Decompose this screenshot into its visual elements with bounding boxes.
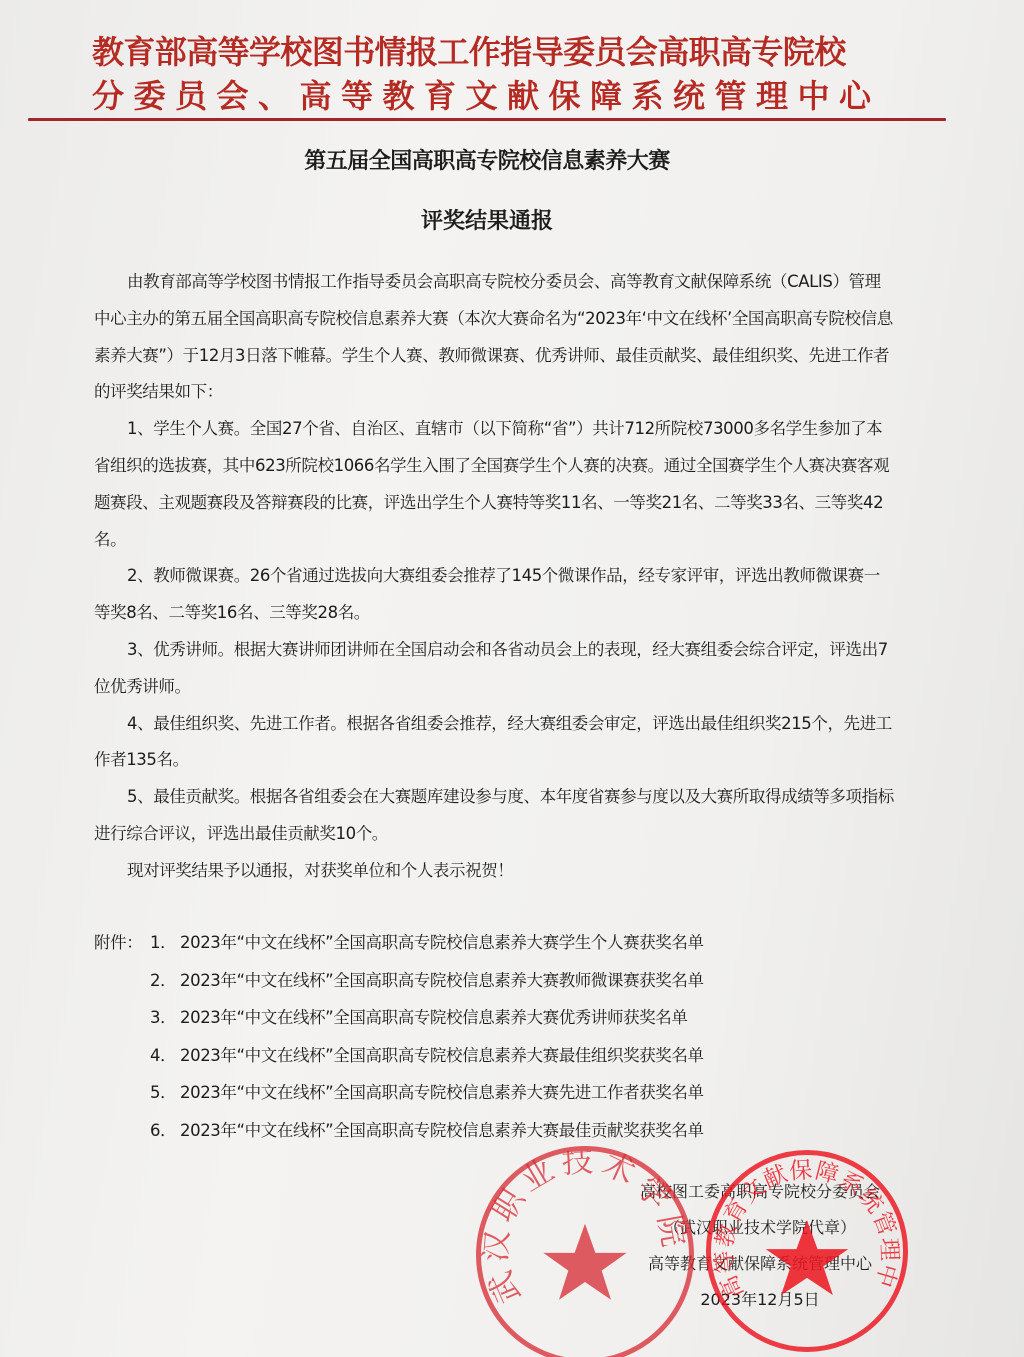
attachment-item: 附件： 1． 2023年“中文在线杯”全国高职高专院校信息素养大赛学生个人赛获奖… <box>94 924 854 962</box>
official-seal-icon: 武汉职业技术学院 <box>476 1146 694 1357</box>
paragraph-best-contribution: 5、最佳贡献奖。根据各省组委会在大赛题库建设参与度、本年度省赛参与度以及大赛所取… <box>94 779 894 853</box>
letterhead-line-1: 教育部高等学校图书情报工作指导委员会高职高专院校 <box>92 30 892 74</box>
letterhead: 教育部高等学校图书情报工作指导委员会高职高专院校 分委员会、高等教育文献保障系统… <box>92 30 892 118</box>
paragraph-teacher-microclass: 2、教师微课赛。26个省通过选拔向大赛组委会推荐了145个微课作品，经专家评审，… <box>94 558 894 632</box>
document-title: 第五届全国高职高专院校信息素养大赛 <box>0 144 974 175</box>
paragraph-excellent-lecturer: 3、优秀讲师。根据大赛讲师团讲师在全国启动会和各省动员会上的表现，经大赛组委会综… <box>94 632 894 706</box>
attachments-label: 附件： <box>94 924 150 962</box>
closing-paragraph: 现对评奖结果予以通报，对获奖单位和个人表示祝贺！ <box>94 853 894 890</box>
document-body: 由教育部高等学校图书情报工作指导委员会高职高专院校分委员会、高等教育文献保障系统… <box>94 264 894 890</box>
paragraph-best-organization: 4、最佳组织奖、先进工作者。根据各省组委会推荐，经大赛组委会审定，评选出最佳组织… <box>94 706 894 780</box>
letterhead-divider <box>28 118 946 121</box>
attachment-item: 5． 2023年“中文在线杯”全国高职高专院校信息素养大赛先进工作者获奖名单 <box>94 1074 854 1112</box>
official-seal-icon: 高等教育文献保障系统管理中心 <box>706 1150 908 1352</box>
seal-star-icon: 高等教育文献保障系统管理中心 <box>711 1155 903 1347</box>
seal-star-icon: 武汉职业技术学院 <box>481 1151 689 1357</box>
intro-paragraph: 由教育部高等学校图书情报工作指导委员会高职高专院校分委员会、高等教育文献保障系统… <box>94 264 894 411</box>
attachments-list: 附件： 1． 2023年“中文在线杯”全国高职高专院校信息素养大赛学生个人赛获奖… <box>94 924 854 1150</box>
attachment-item: 3． 2023年“中文在线杯”全国高职高专院校信息素养大赛优秀讲师获奖名单 <box>94 999 854 1037</box>
letterhead-line-2: 分委员会、高等教育文献保障系统管理中心 <box>92 74 892 118</box>
paragraph-student-individual: 1、学生个人赛。全国27个省、自治区、直辖市（以下简称“省”）共计712所院校7… <box>94 411 894 558</box>
document-subtitle: 评奖结果通报 <box>0 204 974 235</box>
attachment-item: 6． 2023年“中文在线杯”全国高职高专院校信息素养大赛最佳贡献奖获奖名单 <box>94 1112 854 1150</box>
attachment-item: 4． 2023年“中文在线杯”全国高职高专院校信息素养大赛最佳组织奖获奖名单 <box>94 1037 854 1075</box>
attachment-item: 2． 2023年“中文在线杯”全国高职高专院校信息素养大赛教师微课赛获奖名单 <box>94 962 854 1000</box>
